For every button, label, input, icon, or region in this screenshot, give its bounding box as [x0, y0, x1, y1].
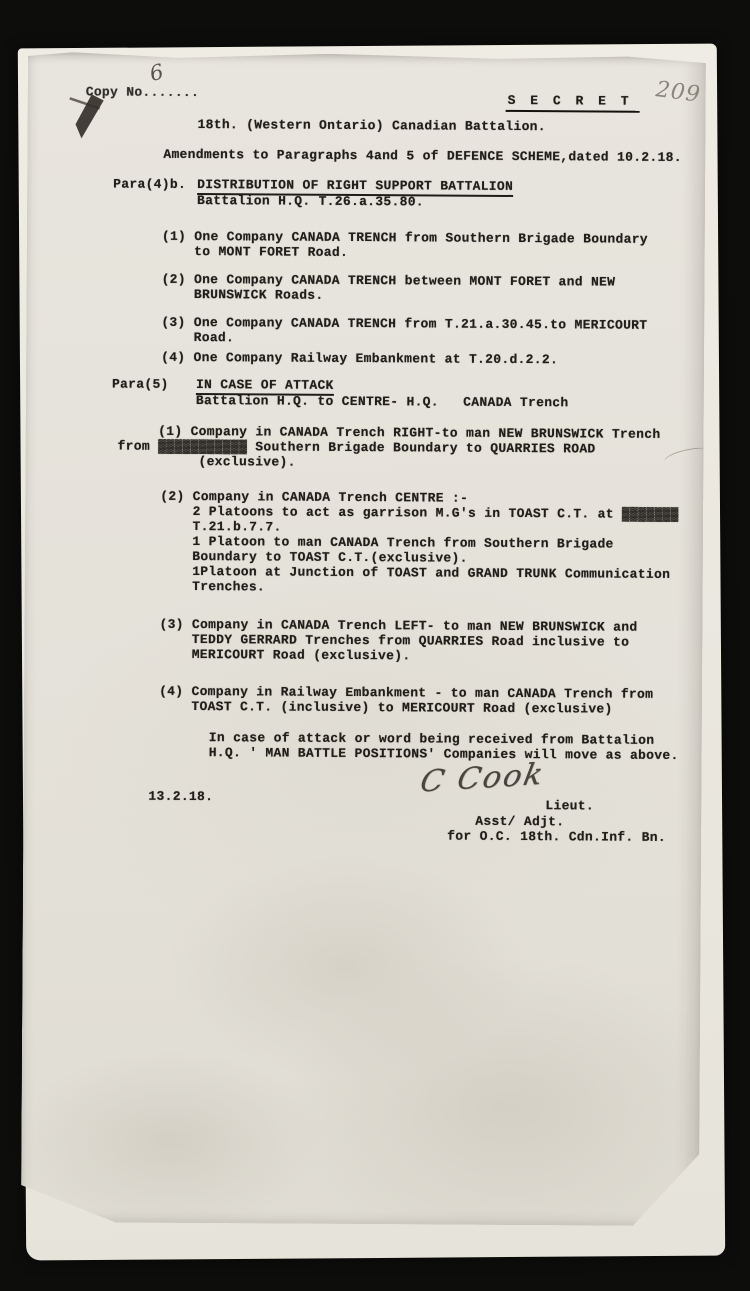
page-number-handwritten: 209: [654, 77, 702, 108]
signatory-rank: Lieut.: [545, 798, 594, 813]
para5-label: Para(5): [112, 377, 169, 392]
document-title: 18th. (Western Ontario) Canadian Battali…: [198, 117, 546, 134]
para5-item-3: (3) Company in CANADA Trench LEFT- to ma…: [159, 617, 637, 665]
document-page: Copy No....... 6 S E C R E T 209 18th. (…: [21, 50, 706, 1226]
para4-label: Para(4)b.: [113, 177, 186, 192]
signatory-role: Asst/ Adjt.: [475, 814, 564, 830]
document-subtitle: Amendments to Paragraphs 4and 5 of DEFEN…: [163, 147, 682, 165]
para4-subheading: Battalion H.Q. T.26.a.35.80.: [197, 193, 424, 209]
signatory-unit: for O.C. 18th. Cdn.Inf. Bn.: [447, 829, 666, 845]
para4-item-4: (4) One Company Railway Embankment at T.…: [161, 350, 558, 367]
para5-item-2: (2) Company in CANADA Trench CENTRE :- 2…: [160, 489, 679, 597]
para4-item-2: (2) One Company CANADA TRENCH between MO…: [161, 272, 615, 305]
para5-heading: IN CASE OF ATTACK: [196, 377, 334, 393]
para4-heading: DISTRIBUTION OF RIGHT SUPPORT BATTALION: [197, 177, 513, 194]
para4-item-1: (1) One Company CANADA TRENCH from South…: [162, 229, 648, 262]
para5-subheading: Battalion H.Q. to CENTRE- H.Q. CANADA Tr…: [196, 393, 569, 410]
para5-item-1: (1) Company in CANADA Trench RIGHT-to ma…: [117, 424, 660, 472]
signature-handwritten: C Cook: [417, 757, 547, 800]
classification-text: S E C R E T: [506, 93, 640, 113]
closing-paragraph: In case of attack or word being received…: [209, 730, 679, 763]
para4-item-3: (3) One Company CANADA TRENCH from T.21.…: [161, 315, 647, 348]
para5-item-4: (4) Company in Railway Embankment - to m…: [159, 684, 653, 717]
pencil-scribble: [663, 445, 706, 466]
document-date: 13.2.18.: [148, 789, 213, 804]
copy-no-handwritten-value: 6: [147, 60, 166, 86]
classification-stamp: S E C R E T: [506, 93, 640, 109]
ink-mark: [65, 92, 111, 144]
